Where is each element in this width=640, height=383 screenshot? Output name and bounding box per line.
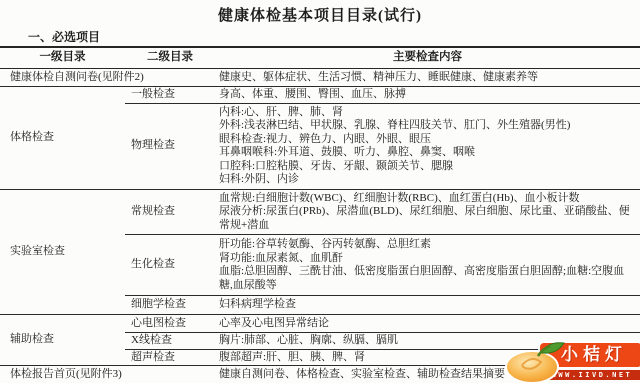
- biochem-line-kidney: 肾功能:血尿素氮、血肌酐: [219, 252, 634, 266]
- cell-xray-label: X线检查: [125, 333, 215, 350]
- cell-group-auxiliary: 辅助检查: [0, 314, 125, 366]
- row-general-exam: 体格检查 一般检查 身高、体重、腰围、臀围、血压、脉搏: [0, 87, 640, 104]
- physical-line-gyn: 妇科:外阴、内诊: [219, 173, 634, 187]
- section-label: 一、必选项目: [28, 30, 640, 44]
- physical-line-eye: 眼科检查:视力、辨色力、内眼、外眼、眼压: [219, 133, 634, 147]
- routine-line-blood: 血常规:白细胞计数(WBC)、红细胞计数(RBC)、血红蛋白(Hb)、血小板计数: [219, 192, 634, 206]
- header-level2: 二级目录: [125, 47, 215, 68]
- page-title: 健康体检基本项目目录(试行): [0, 0, 640, 26]
- cell-general-content: 身高、体重、腰围、臀围、血压、脉搏: [215, 87, 640, 104]
- cell-group-physical: 体格检查: [0, 87, 125, 190]
- biochem-line-liver: 肝功能:谷草转氨酶、谷丙转氨酶、总胆红素: [219, 238, 634, 252]
- header-level1: 一级目录: [0, 47, 125, 68]
- biochem-line-lipid: 血脂:总胆固醇、三酰甘油、低密度脂蛋白胆固醇、高密度脂蛋白胆固醇;血糖:空腹血糖…: [219, 265, 634, 292]
- document-page: 健康体检基本项目目录(试行) 一、必选项目 一级目录 二级目录 主要检查内容 健…: [0, 0, 640, 383]
- header-content: 主要检查内容: [215, 47, 640, 68]
- cell-biochem-content: 肝功能:谷草转氨酶、谷丙转氨酶、总胆红素 肾功能:血尿素氮、血肌酐 血脂:总胆固…: [215, 235, 640, 296]
- cell-biochem-label: 生化检查: [125, 235, 215, 296]
- cell-physical-exam-label: 物理检查: [125, 103, 215, 189]
- cell-group-laboratory: 实验室检查: [0, 189, 125, 314]
- cell-ultrasound-label: 超声检查: [125, 349, 215, 366]
- cell-general-label: 一般检查: [125, 87, 215, 104]
- physical-line-dental: 口腔科:口腔粘膜、牙齿、牙龈、颞颌关节、腮腺: [219, 160, 634, 174]
- cell-cytology-content: 妇科病理学检查: [215, 296, 640, 315]
- cell-ecg-content: 心率及心电图异常结论: [215, 314, 640, 333]
- cell-questionnaire-label: 健康体检自测问卷(见附件2): [0, 68, 215, 87]
- tangerine-icon: [504, 340, 566, 383]
- physical-line-surgical: 外科:浅表淋巴结、甲状腺、乳腺、脊柱四肢关节、肛门、外生殖器(男性): [219, 119, 634, 133]
- cell-cytology-label: 细胞学检查: [125, 296, 215, 315]
- physical-line-internal: 内科:心、肝、脾、肺、肾: [219, 106, 634, 120]
- row-ecg: 辅助检查 心电图检查 心率及心电图异常结论: [0, 314, 640, 333]
- cell-routine-label: 常规检查: [125, 189, 215, 235]
- cell-report-label: 体检报告首页(见附件3): [0, 366, 215, 383]
- row-routine-test: 实验室检查 常规检查 血常规:白细胞计数(WBC)、红细胞计数(RBC)、血红蛋…: [0, 189, 640, 235]
- cell-routine-content: 血常规:白细胞计数(WBC)、红细胞计数(RBC)、血红蛋白(Hb)、血小板计数…: [215, 189, 640, 235]
- cell-questionnaire-content: 健康史、躯体症状、生活习惯、精神压力、睡眠健康、健康素养等: [215, 68, 640, 87]
- xiaojudeng-watermark: 小桔灯 WWW.IIVD.NET: [504, 340, 640, 383]
- physical-line-ent: 耳鼻咽喉科:外耳道、鼓膜、听力、鼻腔、鼻窦、咽喉: [219, 146, 634, 160]
- routine-line-urine: 尿液分析:尿蛋白(PRb)、尿潜血(BLD)、尿红细胞、尿白细胞、尿比重、亚硝酸…: [219, 205, 634, 232]
- header-row: 一级目录 二级目录 主要检查内容: [0, 47, 640, 68]
- cell-physical-exam-content: 内科:心、肝、脾、肺、肾 外科:浅表淋巴结、甲状腺、乳腺、脊柱四肢关节、肛门、外…: [215, 103, 640, 189]
- row-questionnaire: 健康体检自测问卷(见附件2) 健康史、躯体症状、生活习惯、精神压力、睡眠健康、健…: [0, 68, 640, 87]
- cell-ecg-label: 心电图检查: [125, 314, 215, 333]
- exam-catalog-table: 一级目录 二级目录 主要检查内容 健康体检自测问卷(见附件2) 健康史、躯体症状…: [0, 46, 640, 383]
